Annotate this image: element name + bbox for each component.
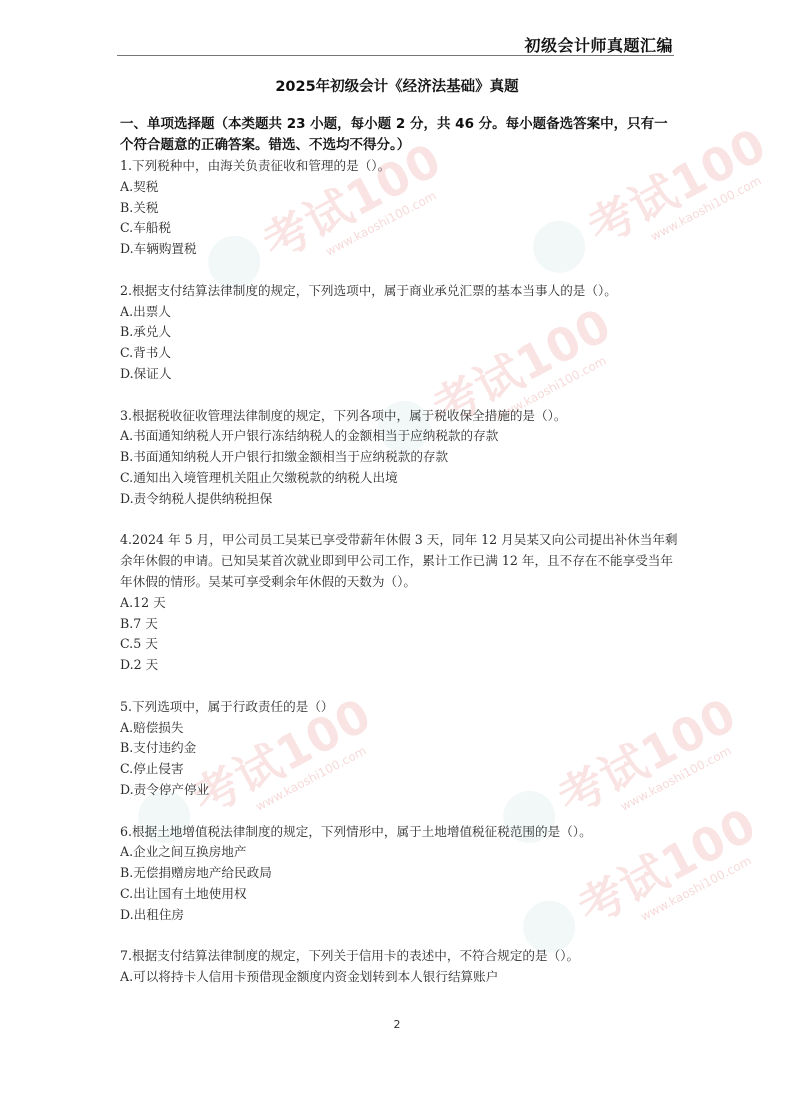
question-6: 6.根据土地增值税法律制度的规定，下列情形中，属于土地增值税征税范围的是（）。 … [120, 822, 680, 926]
option-d: D.责令停产停业 [120, 780, 680, 801]
option-c: C.通知出入境管理机关阻止欠缴税款的纳税人出境 [120, 468, 680, 489]
option-b: B.书面通知纳税人开户银行扣缴金额相当于应纳税款的存款 [120, 447, 680, 468]
question-stem: 6.根据土地增值税法律制度的规定，下列情形中，属于土地增值税征税范围的是（）。 [120, 822, 680, 843]
option-b: B.承兑人 [120, 322, 680, 343]
option-b: B.关税 [120, 198, 680, 219]
option-b: B.支付违约金 [120, 738, 680, 759]
option-d: D.车辆购置税 [120, 239, 680, 260]
question-stem: 4.2024 年 5 月，甲公司员工吴某已享受带薪年休假 3 天，同年 12 月… [120, 530, 680, 592]
option-d: D.责令纳税人提供纳税担保 [120, 489, 680, 510]
question-stem: 1.下列税种中，由海关负责征收和管理的是（）。 [120, 156, 680, 177]
document-title: 2025年初级会计《经济法基础》真题 [0, 75, 794, 96]
question-1: 1.下列税种中，由海关负责征收和管理的是（）。 A.契税 B.关税 C.车船税 … [120, 156, 680, 260]
option-c: C.出让国有土地使用权 [120, 884, 680, 905]
question-5: 5.下列选项中，属于行政责任的是（） A.赔偿损失 B.支付违约金 C.停止侵害… [120, 697, 680, 801]
option-a: A.可以将持卡人信用卡预借现金额度内资金划转到本人银行结算账户 [120, 967, 680, 988]
question-list: 1.下列税种中，由海关负责征收和管理的是（）。 A.契税 B.关税 C.车船税 … [120, 156, 680, 1009]
page-number: 2 [0, 1018, 794, 1031]
question-2: 2.根据支付结算法律制度的规定，下列选项中，属于商业承兑汇票的基本当事人的是（）… [120, 281, 680, 385]
option-c: C.5 天 [120, 634, 680, 655]
option-a: A.出票人 [120, 302, 680, 323]
question-stem: 7.根据支付结算法律制度的规定，下列关于信用卡的表述中，不符合规定的是（）。 [120, 946, 680, 967]
option-b: B.无偿捐赠房地产给民政局 [120, 863, 680, 884]
option-a: A.12 天 [120, 593, 680, 614]
question-7: 7.根据支付结算法律制度的规定，下列关于信用卡的表述中，不符合规定的是（）。 A… [120, 946, 680, 988]
option-d: D.2 天 [120, 655, 680, 676]
question-3: 3.根据税收征收管理法律制度的规定，下列各项中，属于税收保全措施的是（）。 A.… [120, 406, 680, 510]
option-c: C.背书人 [120, 343, 680, 364]
question-4: 4.2024 年 5 月，甲公司员工吴某已享受带薪年休假 3 天，同年 12 月… [120, 530, 680, 676]
option-a: A.赔偿损失 [120, 718, 680, 739]
option-c: C.停止侵害 [120, 759, 680, 780]
option-b: B.7 天 [120, 614, 680, 635]
option-c: C.车船税 [120, 218, 680, 239]
question-stem: 5.下列选项中，属于行政责任的是（） [120, 697, 680, 718]
running-header: 初级会计师真题汇编 [524, 33, 673, 56]
option-d: D.出租住房 [120, 905, 680, 926]
option-a: A.契税 [120, 177, 680, 198]
header-divider [117, 55, 674, 56]
section-heading: 一、单项选择题（本类题共 23 小题，每小题 2 分，共 46 分。每小题备选答… [120, 114, 678, 156]
option-a: A.企业之间互换房地产 [120, 842, 680, 863]
option-a: A.书面通知纳税人开户银行冻结纳税人的金额相当于应纳税款的存款 [120, 426, 680, 447]
question-stem: 3.根据税收征收管理法律制度的规定，下列各项中，属于税收保全措施的是（）。 [120, 406, 680, 427]
option-d: D.保证人 [120, 364, 680, 385]
question-stem: 2.根据支付结算法律制度的规定，下列选项中，属于商业承兑汇票的基本当事人的是（）… [120, 281, 680, 302]
